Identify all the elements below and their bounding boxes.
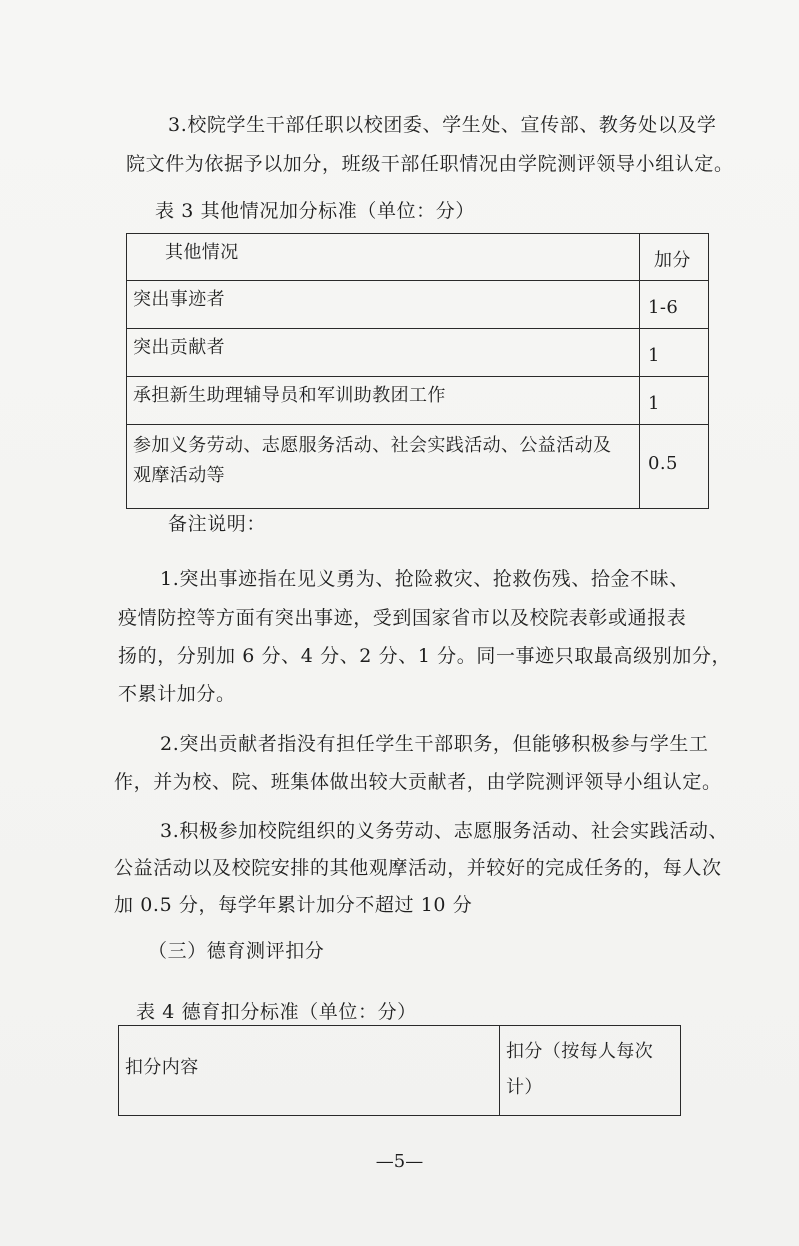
intro-paragraph-line-1: 3.校院学生干部任职以校团委、学生处、宣传部、教务处以及学 <box>168 114 717 136</box>
row-score-text: 1-6 <box>640 281 708 325</box>
table3-row-item: 参加义务劳动、志愿服务活动、社会实践活动、公益活动及 观摩活动等 <box>127 425 640 509</box>
table4-header-deduction-line-2: 计） <box>506 1070 674 1106</box>
row-score-text: 0.5 <box>640 453 708 481</box>
note1-line-1: 1.突出事迹指在见义勇为、抢险救灾、抢救伤残、拾金不昧、 <box>160 568 689 590</box>
page-number: —5— <box>0 1151 799 1172</box>
row-item-text: 承担新生助理辅导员和军训助教团工作 <box>127 377 639 413</box>
table-row: 突出贡献者 1 <box>127 329 709 377</box>
table3-header-item-label: 其他情况 <box>127 234 639 270</box>
table4-header-content-label: 扣分内容 <box>119 1057 499 1085</box>
table3-row-item: 突出贡献者 <box>127 329 640 377</box>
table3-row-score: 1 <box>640 377 709 425</box>
table3-caption: 表 3 其他情况加分标准（单位：分） <box>155 200 475 222</box>
note2-line-1: 2.突出贡献者指没有担任学生干部职务，但能够积极参与学生工 <box>160 733 709 755</box>
table3-header-score-label: 加分 <box>640 234 708 278</box>
notes-title: 备注说明： <box>168 513 266 535</box>
table3-row-score: 1 <box>640 329 709 377</box>
row-item-text: 突出贡献者 <box>127 329 639 365</box>
table3-header-item: 其他情况 <box>127 234 640 281</box>
note2-line-2: 作，并为校、院、班集体做出较大贡献者，由学院测评领导小组认定。 <box>114 771 722 793</box>
table3-row-item: 承担新生助理辅导员和军训助教团工作 <box>127 377 640 425</box>
note1-line-3: 扬的，分别加 6 分、4 分、2 分、1 分。同一事迹只取最高级别加分， <box>118 645 731 667</box>
row-score-text: 1 <box>640 329 708 373</box>
table4-header-deduction-line-1: 扣分（按每人每次 <box>506 1034 674 1070</box>
table-row: 承担新生助理辅导员和军训助教团工作 1 <box>127 377 709 425</box>
document-page: 3.校院学生干部任职以校团委、学生处、宣传部、教务处以及学 院文件为依据予以加分… <box>0 0 799 1246</box>
table3-row-score: 1-6 <box>640 281 709 329</box>
table3-row-score: 0.5 <box>640 425 709 509</box>
table4-header-row: 扣分内容 扣分（按每人每次 计） <box>119 1026 681 1116</box>
table3-row-item: 突出事迹者 <box>127 281 640 329</box>
table4-header-content: 扣分内容 <box>119 1026 500 1116</box>
table-row: 突出事迹者 1-6 <box>127 281 709 329</box>
section-heading: （三）德育测评扣分 <box>148 940 324 962</box>
note3-line-3: 加 0.5 分，每学年累计加分不超过 10 分 <box>114 894 472 916</box>
note1-line-2: 疫情防控等方面有突出事迹，受到国家省市以及校院表彰或通报表 <box>118 607 686 629</box>
table4-header-deduction-label: 扣分（按每人每次 计） <box>500 1026 680 1112</box>
table3-other-bonus: 其他情况 加分 突出事迹者 1-6 突出贡献者 1 承担新生助理辅导员和军训 <box>126 233 709 509</box>
row-item-text: 参加义务劳动、志愿服务活动、社会实践活动、公益活动及 观摩活动等 <box>127 425 639 497</box>
table4-caption: 表 4 德育扣分标准（单位：分） <box>136 1001 417 1023</box>
table4-deduction: 扣分内容 扣分（按每人每次 计） <box>118 1025 681 1116</box>
note3-line-1: 3.积极参加校院组织的义务劳动、志愿服务活动、社会实践活动、 <box>160 820 728 842</box>
row-item-text: 突出事迹者 <box>127 281 639 317</box>
row-item-text-line-2: 观摩活动等 <box>133 461 633 491</box>
note1-line-4: 不累计加分。 <box>118 683 236 705</box>
table-row: 参加义务劳动、志愿服务活动、社会实践活动、公益活动及 观摩活动等 0.5 <box>127 425 709 509</box>
row-item-text-line-1: 参加义务劳动、志愿服务活动、社会实践活动、公益活动及 <box>133 431 633 461</box>
intro-paragraph-line-2: 院文件为依据予以加分，班级干部任职情况由学院测评领导小组认定。 <box>126 153 734 175</box>
table4-header-deduction: 扣分（按每人每次 计） <box>500 1026 681 1116</box>
table3-header-score: 加分 <box>640 234 709 281</box>
note3-line-2: 公益活动以及校院安排的其他观摩活动，并较好的完成任务的，每人次 <box>114 857 722 879</box>
table3-header-row: 其他情况 加分 <box>127 234 709 281</box>
row-score-text: 1 <box>640 377 708 421</box>
